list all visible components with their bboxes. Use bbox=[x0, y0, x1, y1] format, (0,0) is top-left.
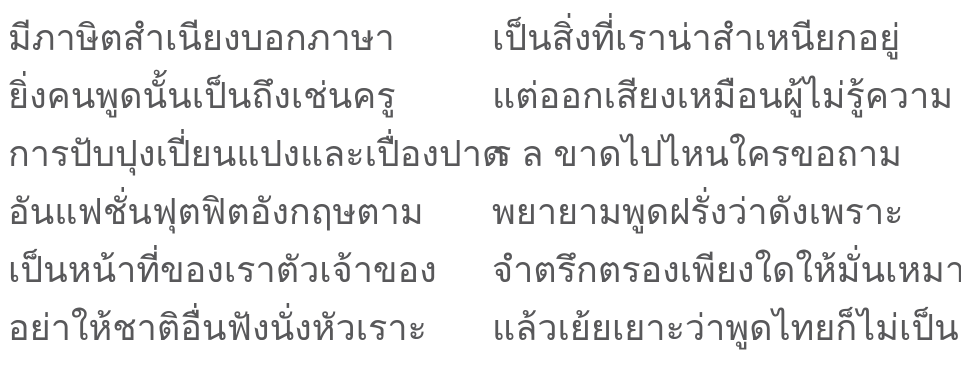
poem-line: อันแฟชั่นฟุตฟิตอังกฤษตาม พยายามพูดฝรั่งว… bbox=[8, 182, 961, 240]
hemistich-right: แล้วเย้ยเยาะว่าพูดไทยก็ไม่เป็น bbox=[492, 299, 961, 356]
poem-text-block: มีภาษิตสำเนียงบอกภาษา เป็นสิ่งที่เราน่าส… bbox=[0, 0, 961, 371]
poem-line: มีภาษิตสำเนียงบอกภาษา เป็นสิ่งที่เราน่าส… bbox=[8, 8, 961, 66]
hemistich-left: ยิ่งคนพูดนั้นเป็นถึงเช่นครู bbox=[8, 67, 492, 124]
poem-line: ยิ่งคนพูดนั้นเป็นถึงเช่นครู แต่ออกเสียงเ… bbox=[8, 66, 961, 124]
hemistich-left: เป็นหน้าที่ของเราตัวเจ้าของ bbox=[8, 241, 492, 298]
hemistich-left: อันแฟชั่นฟุตฟิตอังกฤษตาม bbox=[8, 183, 492, 240]
hemistich-right: แต่ออกเสียงเหมือนผู้ไม่รู้ความ bbox=[492, 67, 961, 124]
poem-line: อย่าให้ชาติอื่นฟังนั่งหัวเราะ แล้วเย้ยเย… bbox=[8, 298, 961, 356]
hemistich-left: การปับปุงเปี่ยนแปงและเปื่องปาด bbox=[8, 125, 492, 182]
hemistich-right: จำตรึกตรองเพียงใดให้มั่นเหมาะ bbox=[492, 241, 961, 298]
hemistich-right: พยายามพูดฝรั่งว่าดังเพราะ bbox=[492, 183, 961, 240]
poem-line: การปับปุงเปี่ยนแปงและเปื่องปาด ร ล ขาดไป… bbox=[8, 124, 961, 182]
hemistich-left: มีภาษิตสำเนียงบอกภาษา bbox=[8, 9, 492, 66]
poem-line: เป็นหน้าที่ของเราตัวเจ้าของ จำตรึกตรองเพ… bbox=[8, 240, 961, 298]
hemistich-right: ร ล ขาดไปไหนใครขอถาม bbox=[492, 125, 961, 182]
hemistich-left: อย่าให้ชาติอื่นฟังนั่งหัวเราะ bbox=[8, 299, 492, 356]
hemistich-right: เป็นสิ่งที่เราน่าสำเหนียกอยู่ bbox=[492, 9, 961, 66]
